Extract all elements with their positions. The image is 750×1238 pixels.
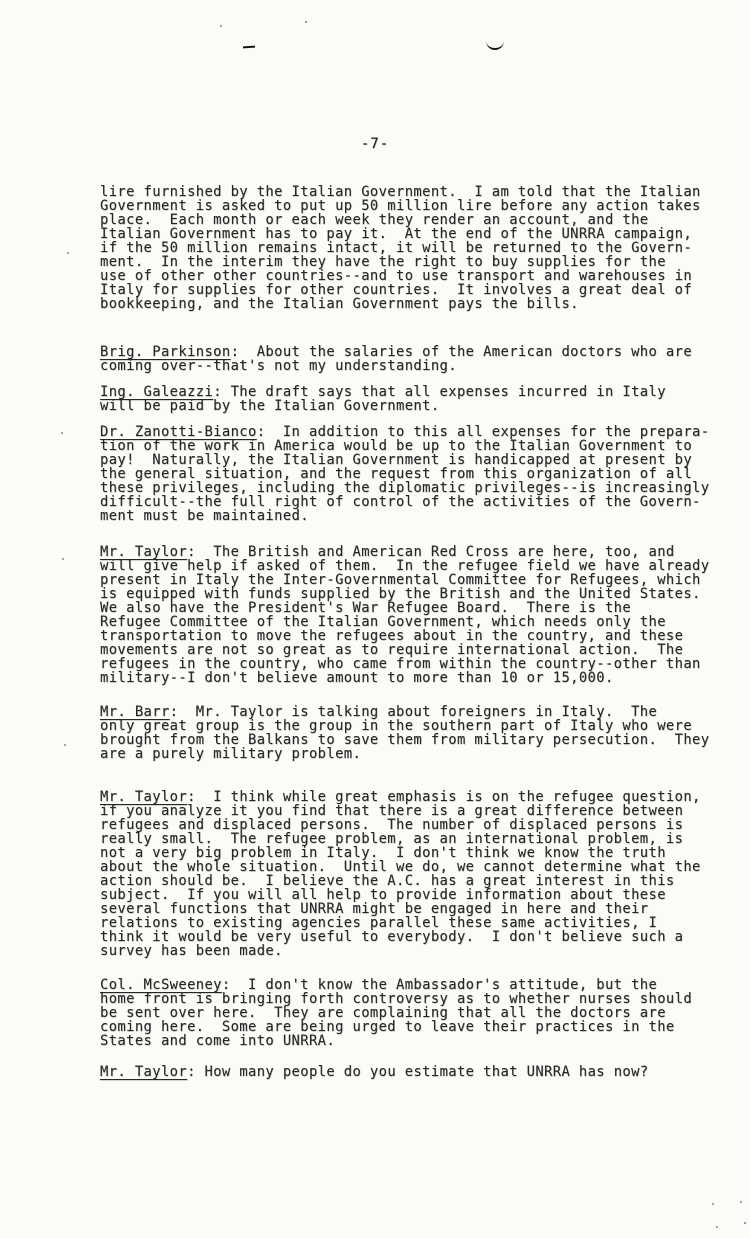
text-line: relations to existing agencies parallel … [100,916,740,930]
text-line: Italy for supplies for other countries. … [100,283,740,297]
paragraph: Col. McSweeney: I don't know the Ambassa… [100,978,740,1048]
text-line: only great group is the group in the sou… [100,719,740,733]
scan-speck [740,1201,742,1203]
text-line: Mr. Barr: Mr. Taylor is talking about fo… [100,705,740,719]
paragraph: Mr. Barr: Mr. Taylor is talking about fo… [100,705,740,761]
text-line: We also have the President's War Refugee… [100,601,740,615]
scan-speck [64,744,66,746]
scan-speck [716,1226,718,1228]
text-line: Refugee Committee of the Italian Governm… [100,615,740,629]
text-line: if the 50 million remains intact, it wil… [100,241,740,255]
text-line: home front is bringing forth controversy… [100,992,740,1006]
text-line: coming here. Some are being urged to lea… [100,1020,740,1034]
text-line: coming over--that's not my understanding… [100,359,740,373]
text-line: Ing. Galeazzi: The draft says that all e… [100,385,740,399]
text-line: are a purely military problem. [100,747,740,761]
scan-speck [305,21,307,23]
scan-mark-dash [243,46,255,49]
text-line: is equipped with funds supplied by the B… [100,587,740,601]
scanned-document-page: -7- lire furnished by the Italian Govern… [0,0,750,1238]
text-line: survey has been made. [100,944,740,958]
speaker-name: Mr. Taylor [100,1064,187,1080]
text-line: will give help if asked of them. In the … [100,559,740,573]
text-line: Dr. Zanotti-Bianco: In addition to this … [100,425,740,439]
paragraph: Mr. Taylor: I think while great emphasis… [100,790,740,958]
text-line: subject. If you will all help to provide… [100,888,740,902]
text-line: ment. In the interim they have the right… [100,255,740,269]
text-line: these privileges, including the diplomat… [100,481,740,495]
text-line: Mr. Taylor: How many people do you estim… [100,1065,740,1079]
text-line: Mr. Taylor: I think while great emphasis… [100,790,740,804]
text-line: several functions that UNRRA might be en… [100,902,740,916]
paragraph: Dr. Zanotti-Bianco: In addition to this … [100,425,740,523]
text-line: ment must be maintained. [100,509,740,523]
text-line: refugees in the country, who came from w… [100,657,740,671]
text-line: brought from the Balkans to save them fr… [100,733,740,747]
text-line: refugees and displaced persons. The numb… [100,818,740,832]
text-line: the general situation, and the request f… [100,467,740,481]
text-line: about the whole situation. Until we do, … [100,860,740,874]
text-line: lire furnished by the Italian Government… [100,185,740,199]
text-line: States and come into UNRRA. [100,1034,740,1048]
text-line: movements are not so great as to require… [100,643,740,657]
text-line: will be paid by the Italian Government. [100,399,740,413]
text-line: really small. The refugee problem, as an… [100,832,740,846]
paragraph: Mr. Taylor: How many people do you estim… [100,1065,740,1079]
text-line: use of other other countries--and to use… [100,269,740,283]
paragraph: Mr. Taylor: The British and American Red… [100,545,740,685]
text-line: be sent over here. They are complaining … [100,1006,740,1020]
text-line: Col. McSweeney: I don't know the Ambassa… [100,978,740,992]
paragraph: lire furnished by the Italian Government… [100,185,740,311]
text-line: if you analyze it you find that there is… [100,804,740,818]
text-line: not a very big problem in Italy. I don't… [100,846,740,860]
text-line: military--I don't believe amount to more… [100,671,740,685]
text-line: difficult--the full right of control of … [100,495,740,509]
scan-speck [712,1203,714,1205]
text-line: Italian Government has to pay it. At the… [100,227,740,241]
scan-mark-curve [486,40,504,50]
text-line: bookkeeping, and the Italian Government … [100,297,740,311]
text-line: action should be. I believe the A.C. has… [100,874,740,888]
paragraph: Brig. Parkinson: About the salaries of t… [100,345,740,373]
text-line: Brig. Parkinson: About the salaries of t… [100,345,740,359]
text-line: Mr. Taylor: The British and American Red… [100,545,740,559]
scan-speck [744,1222,746,1224]
scan-speck [61,432,63,434]
text-line: pay! Naturally, the Italian Government i… [100,453,740,467]
scan-speck [62,558,64,560]
page-number: -7- [0,136,750,152]
text-line: tion of the work in America would be up … [100,439,740,453]
text-line: think it would be very useful to everybo… [100,930,740,944]
text-line: Government is asked to put up 50 million… [100,199,740,213]
document-body: lire furnished by the Italian Government… [100,185,740,1079]
text-line: place. Each month or each week they rend… [100,213,740,227]
text-line: transportation to move the refugees abou… [100,629,740,643]
scan-speck [67,252,69,254]
paragraph: Ing. Galeazzi: The draft says that all e… [100,385,740,413]
text-line: present in Italy the Inter-Governmental … [100,573,740,587]
scan-speck [220,25,222,27]
